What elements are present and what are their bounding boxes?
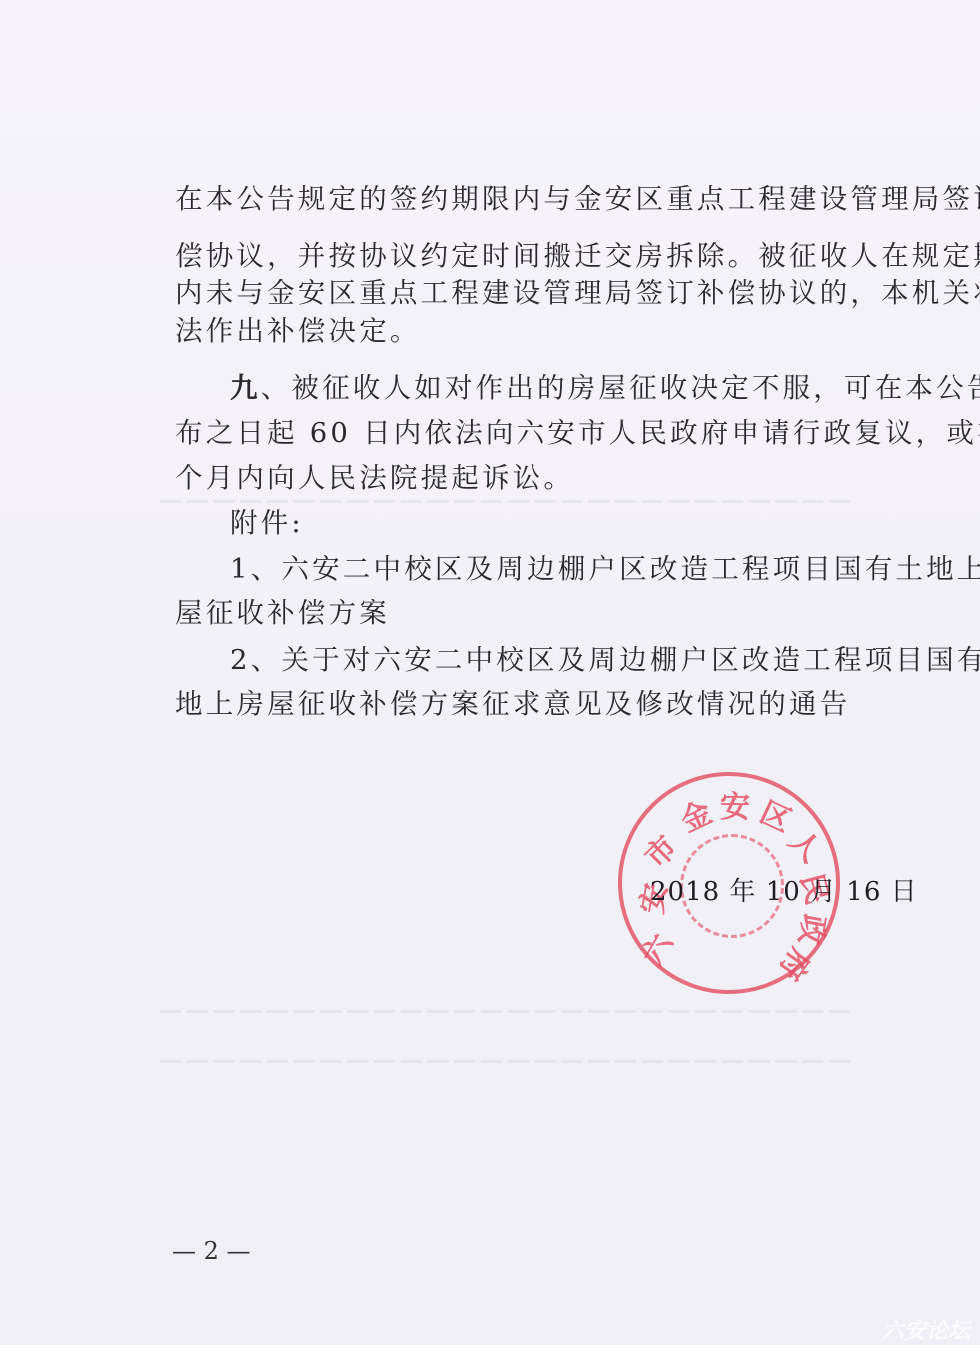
body-text-line: 内未与金安区重点工程建设管理局签订补偿协议的，本机关将依 [175,270,980,310]
bleed-through-text: ▔▔▔▔▔▔▔▔▔▔▔▔▔▔▔▔▔▔▔▔▔▔▔▔▔▔ [160,1010,920,1041]
attachment-item-2: 2、关于对六安二中校区及周边棚户区改造工程项目国有土 [230,637,980,677]
seal-char: 市 [633,824,685,876]
document-date: 2018 年 10 月 16 日 [650,871,918,908]
section-number: 九 [230,372,261,404]
seal-char: 六 [628,924,681,972]
body-text-line: 个月内向人民法院提起诉讼。 [175,455,574,495]
body-text-line: 在本公告规定的签约期限内与金安区重点工程建设管理局签订补 [175,176,980,216]
scan-edge [0,1345,980,1359]
attachment-item-1-cont: 屋征收补偿方案 [175,590,390,630]
seal-char: 政 [791,911,840,948]
body-text-line: 偿协议，并按协议约定时间搬迁交房拆除。被征收人在规定期限 [175,233,980,273]
seal-char: 区 [754,788,800,841]
bleed-through-text: ▔▔▔▔▔▔▔▔▔▔▔▔▔▔▔▔▔▔▔▔▔▔▔▔▔▔ [160,1060,920,1091]
attachments-label: 附件: [230,500,304,540]
seal-char: 安 [720,782,750,826]
body-text-line: 法作出补偿决定。 [175,308,421,348]
seal-char: 金 [672,788,718,841]
body-text-line: 布之日起 60 日内依法向六安市人民政府申请行政复议，或在 6 [175,410,980,450]
document-page: ▔▔▔▔▔▔▔▔▔▔▔▔▔▔▔▔▔▔▔▔▔▔▔▔▔▔ ▔▔▔▔▔▔▔▔▔▔▔▔▔… [0,0,980,1359]
attachment-item-1: 1、六安二中校区及周边棚户区改造工程项目国有土地上房 [230,546,980,586]
page-number: — 2 — [172,1237,251,1265]
seal-char: 人 [781,818,833,870]
seal-char: 府 [770,941,823,991]
section-nine-line: 九、被征收人如对作出的房屋征收决定不服，可在本公告公 [230,365,980,405]
section-text: 、被征收人如对作出的房屋征收决定不服，可在本公告公 [261,372,980,404]
attachment-item-2-cont: 地上房屋征收补偿方案征求意见及修改情况的通告 [175,681,850,721]
site-watermark: 六安论坛 [882,1314,970,1345]
